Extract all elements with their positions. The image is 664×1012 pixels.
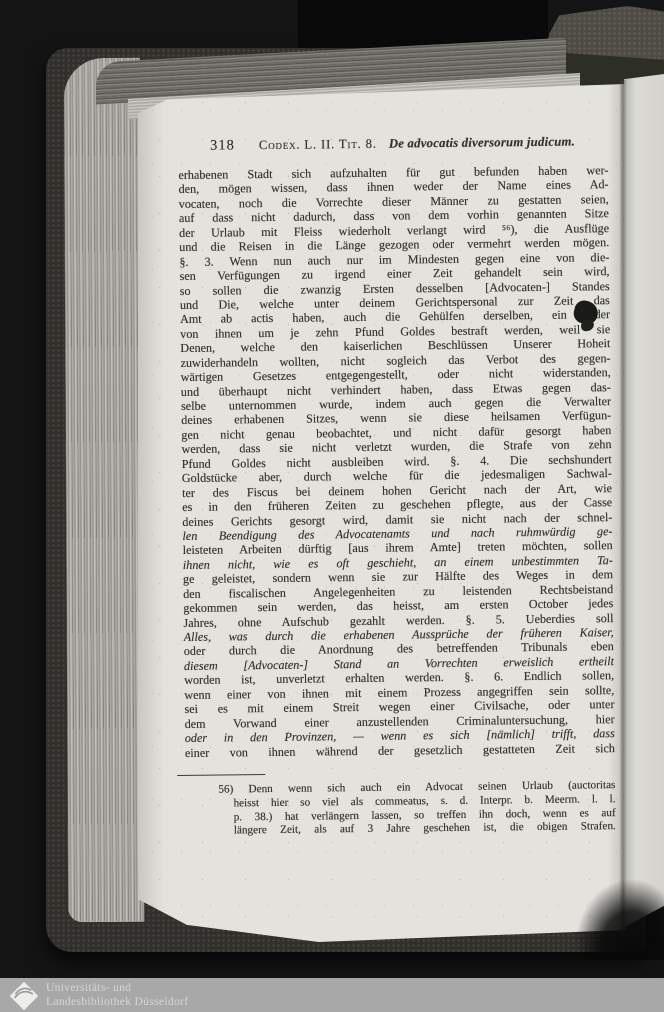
body-text: erhabenen Stadt sich aufzuhalten für gut… — [178, 163, 615, 760]
library-logo-icon — [8, 981, 40, 1011]
library-name-line1: Universitäts- und — [46, 981, 188, 995]
page-crease — [619, 80, 627, 932]
facing-page-edge — [624, 74, 664, 936]
running-subtitle: De advocatis diversorum judicum. — [389, 134, 575, 150]
page-stack-left-edge — [64, 58, 145, 922]
printed-text-block: 318Codex. L. II. Tit. 8.De advocatis div… — [178, 133, 616, 839]
library-name-line2: Landesbibliothek Düsseldorf — [46, 995, 188, 1009]
page-number: 318 — [210, 137, 235, 153]
book-scan-photo: 318Codex. L. II. Tit. 8.De advocatis div… — [0, 0, 664, 1012]
footnote-rule — [177, 774, 265, 776]
footnote-text: 56) Denn wenn sich auch ein Advocat sein… — [185, 779, 616, 839]
library-name: Universitäts- und Landesbibliothek Düsse… — [46, 981, 188, 1009]
running-title: Codex. L. II. Tit. 8. — [259, 137, 377, 152]
gutter-shadow — [576, 880, 664, 960]
